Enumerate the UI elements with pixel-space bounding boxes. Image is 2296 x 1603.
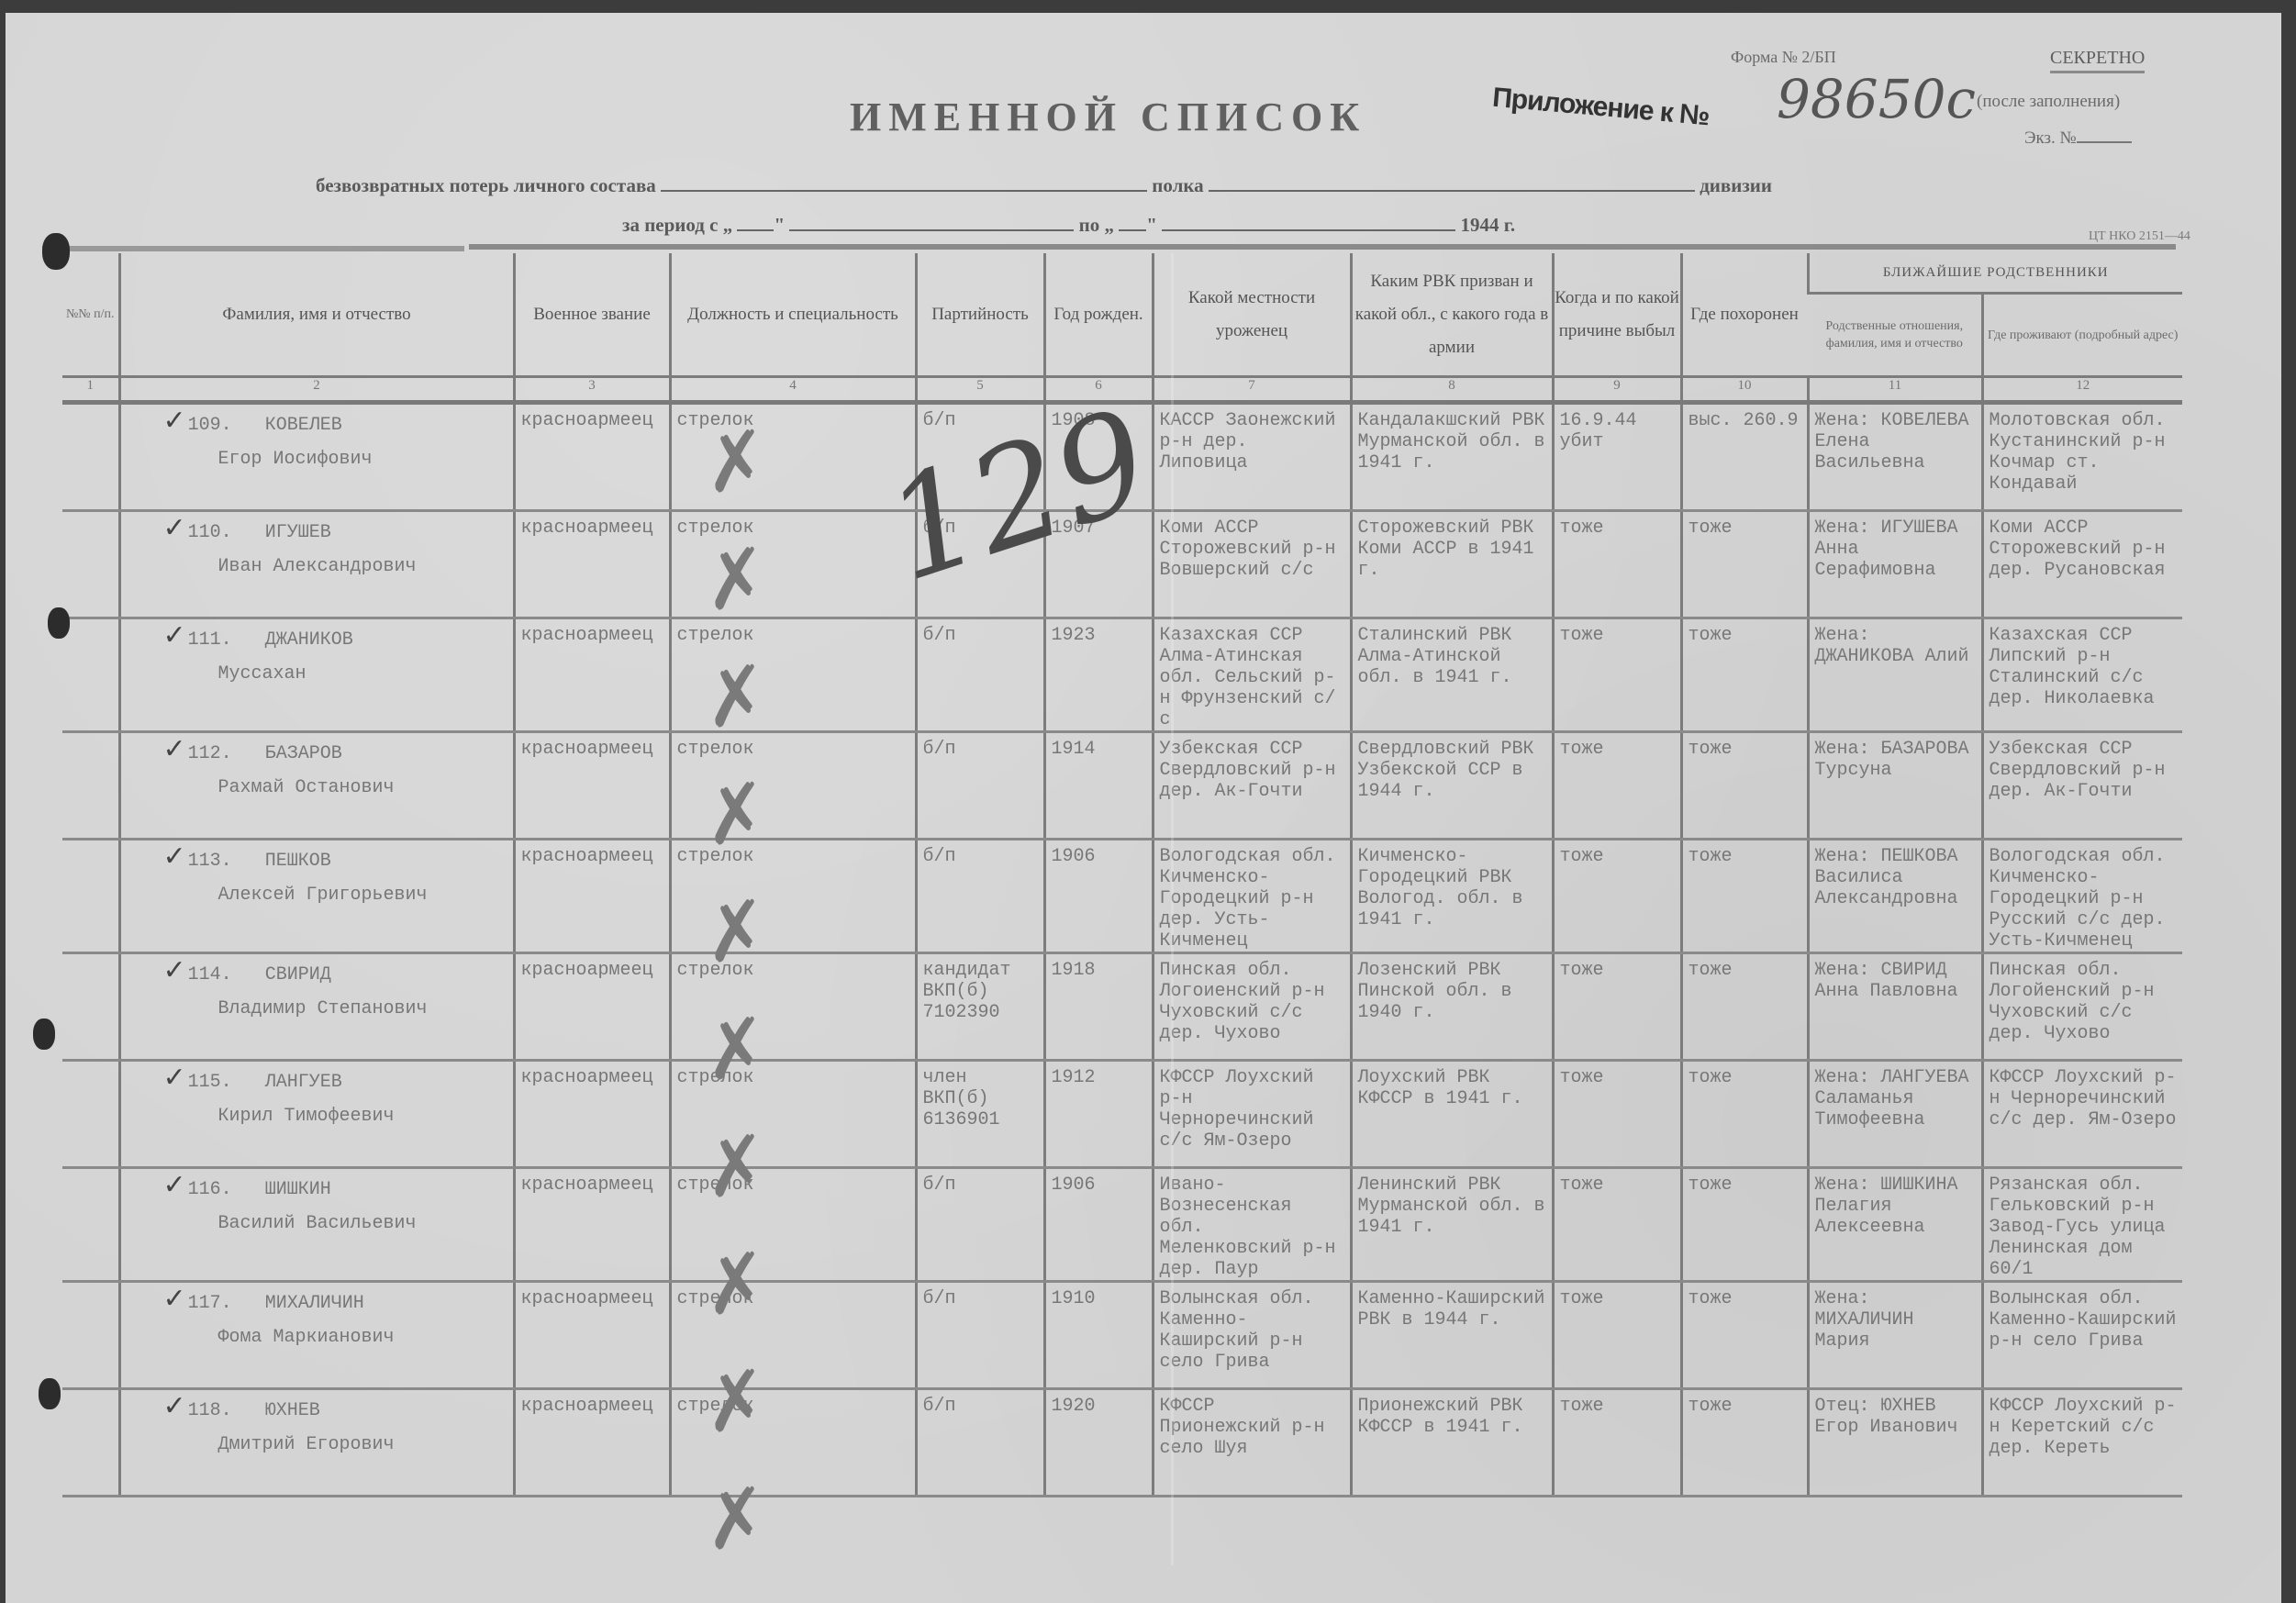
row-index: [62, 1282, 119, 1389]
col-num: 9: [1553, 377, 1681, 403]
given-names: Фома Маркианович: [127, 1327, 507, 1348]
document-page: Форма № 2/БП СЕКРЕТНО ИМЕННОЙ СПИСОК При…: [6, 13, 2281, 1603]
secrecy-label: СЕКРЕТНО: [2050, 48, 2145, 73]
after-fill-note: (после заполнения): [1977, 92, 2120, 112]
birth-year-cell: 1906: [1044, 840, 1153, 953]
row-number: 116.: [188, 1179, 232, 1200]
table-row: ✓ 111. ДЖАНИКОВМуссаханкрасноармеецстрел…: [62, 618, 2182, 732]
buried-cell: тоже: [1681, 1168, 1808, 1282]
punch-hole: [39, 1378, 61, 1409]
rank-cell: красноармеец: [514, 403, 670, 511]
table-body: ✓ 109. КОВЕЛЕВЕгор Иосифовичкрасноармеец…: [62, 403, 2182, 1497]
rvk-cell: Каменно-Каширский РВК в 1944 г.: [1351, 1282, 1553, 1389]
punch-hole: [48, 607, 70, 639]
col-num: 3: [514, 377, 670, 403]
buried-cell: тоже: [1681, 840, 1808, 953]
regiment-label: полка: [1152, 174, 1203, 196]
surname: МИХАЛИЧИН: [265, 1293, 364, 1314]
attachment-stamp: Приложение к №: [1491, 83, 1711, 133]
relative-cell: Жена: МИХАЛИЧИН Мария: [1808, 1282, 1982, 1389]
party-cell: член ВКП(б) 6136901: [916, 1061, 1044, 1168]
row-index: [62, 1061, 119, 1168]
rvk-cell: Лоухский РВК КФССР в 1941 г.: [1351, 1061, 1553, 1168]
copy-label: Экз. №: [2024, 128, 2077, 148]
address-cell: Пинская обл. Логойенский р-н Чуховский с…: [1982, 953, 2182, 1061]
col-header-11: Родственные отношения, фамилия, имя и от…: [1808, 294, 1982, 377]
birth-year-cell: 1923: [1044, 618, 1153, 732]
address-cell: КФССР Лоухский р-н Черноречинский с/с де…: [1982, 1061, 2182, 1168]
buried-cell: тоже: [1681, 953, 1808, 1061]
copy-number-field: Экз. №: [2024, 128, 2132, 149]
row-index: [62, 953, 119, 1061]
table-row: ✓ 116. ШИШКИНВасилий Васильевичкрасноарм…: [62, 1168, 2182, 1282]
period-line: за период с „ " по „ " 1944 г.: [622, 214, 1515, 237]
relative-cell: Жена: ЛАНГУЕВА Саламанья Тимофеевна: [1808, 1061, 1982, 1168]
given-names: Иван Александрович: [127, 556, 507, 577]
surname: ШИШКИН: [265, 1179, 331, 1200]
when-cell: тоже: [1553, 953, 1681, 1061]
rvk-cell: Кичменско-Городецкий РВК Вологод. обл. в…: [1351, 840, 1553, 953]
origin-cell: КФССР Прионежский р-н село Шуя: [1153, 1389, 1351, 1497]
given-names: Кирил Тимофеевич: [127, 1106, 507, 1127]
given-names: Василий Васильевич: [127, 1213, 507, 1234]
row-index: [62, 732, 119, 840]
checkmark-icon: ✓: [163, 1062, 186, 1094]
pencil-cross-icon: ✗: [697, 999, 775, 1099]
punch-hole: [33, 1019, 55, 1050]
name-cell: ✓ 116. ШИШКИНВасилий Васильевич: [119, 1168, 514, 1282]
origin-cell: Ивано-Вознесенская обл. Меленковский р-н…: [1153, 1168, 1351, 1282]
pencil-cross-icon: ✗: [697, 1117, 775, 1217]
rvk-cell: Сталинский РВК Алма-Атинской обл. в 1941…: [1351, 618, 1553, 732]
rvk-cell: Ленинский РВК Мурманской обл. в 1941 г.: [1351, 1168, 1553, 1282]
buried-cell: тоже: [1681, 1282, 1808, 1389]
name-cell: ✓ 115. ЛАНГУЕВКирил Тимофеевич: [119, 1061, 514, 1168]
origin-cell: Узбекская ССР Свердловский р-н дер. Ак-Г…: [1153, 732, 1351, 840]
name-cell: ✓ 113. ПЕШКОВАлексей Григорьевич: [119, 840, 514, 953]
row-number: 115.: [188, 1072, 232, 1093]
party-cell: б/п: [916, 1168, 1044, 1282]
given-names: Владимир Степанович: [127, 998, 507, 1019]
relative-cell: Жена: ИГУШЕВА Анна Серафимовна: [1808, 511, 1982, 618]
rank-cell: красноармеец: [514, 1389, 670, 1497]
col-header-6: Год рожден.: [1044, 253, 1153, 377]
given-names: Муссахан: [127, 663, 507, 685]
rank-cell: красноармеец: [514, 953, 670, 1061]
surname: БАЗАРОВ: [265, 743, 342, 764]
when-cell: тоже: [1553, 1389, 1681, 1497]
name-cell: ✓ 118. ЮХНЕВДмитрий Егорович: [119, 1389, 514, 1497]
pencil-cross-icon: ✗: [697, 647, 775, 747]
rvk-cell: Сторожевский РВК Коми АССР в 1941 г.: [1351, 511, 1553, 618]
party-cell: б/п: [916, 732, 1044, 840]
buried-cell: тоже: [1681, 618, 1808, 732]
surname: ДЖАНИКОВ: [265, 629, 353, 651]
col-num: 10: [1681, 377, 1808, 403]
print-code: ЦТ НКО 2151—44: [2089, 229, 2190, 244]
address-cell: КФССР Лоухский р-н Керетский с/с дер. Ке…: [1982, 1389, 2182, 1497]
rank-cell: красноармеец: [514, 1061, 670, 1168]
period-from-label: за период с „: [622, 214, 732, 236]
checkmark-icon: ✓: [163, 619, 186, 651]
row-number: 117.: [188, 1293, 232, 1314]
col-header-9: Когда и по какой причине выбыл: [1553, 253, 1681, 377]
checkmark-icon: ✓: [163, 1283, 186, 1315]
when-cell: тоже: [1553, 1061, 1681, 1168]
row-index: [62, 618, 119, 732]
address-cell: Рязанская обл. Гельковский р-н Завод-Гус…: [1982, 1168, 2182, 1282]
pencil-cross-icon: ✗: [697, 1469, 775, 1569]
division-label: дивизии: [1700, 174, 1772, 196]
rank-cell: красноармеец: [514, 618, 670, 732]
name-cell: ✓ 109. КОВЕЛЕВЕгор Иосифович: [119, 403, 514, 511]
birth-year-cell: 1920: [1044, 1389, 1153, 1497]
col-header-10: Где похоронен: [1681, 253, 1808, 377]
pencil-cross-icon: ✗: [697, 1234, 775, 1334]
when-cell: 16.9.44 убит: [1553, 403, 1681, 511]
buried-cell: выс. 260.9: [1681, 403, 1808, 511]
col-header-5: Партийность: [916, 253, 1044, 377]
relative-cell: Жена: БАЗАРОВА Турсуна: [1808, 732, 1982, 840]
row-number: 110.: [188, 522, 232, 543]
relatives-group-header: БЛИЖАЙШИЕ РОДСТВЕННИКИ: [1808, 253, 2182, 294]
relative-cell: Жена: СВИРИД Анна Павловна: [1808, 953, 1982, 1061]
rank-cell: красноармеец: [514, 1168, 670, 1282]
table-row: ✓ 117. МИХАЛИЧИНФома Маркиановичкрасноар…: [62, 1282, 2182, 1389]
relative-cell: Отец: ЮХНЕВ Егор Иванович: [1808, 1389, 1982, 1497]
row-number: 113.: [188, 851, 232, 872]
birth-year-cell: 1906: [1044, 1168, 1153, 1282]
rank-cell: красноармеец: [514, 840, 670, 953]
row-number: 118.: [188, 1400, 232, 1421]
when-cell: тоже: [1553, 840, 1681, 953]
period-year: 1944 г.: [1460, 214, 1515, 236]
col-header-3: Военное звание: [514, 253, 670, 377]
row-number: 114.: [188, 964, 232, 985]
col-num: 8: [1351, 377, 1553, 403]
period-to-label: по „: [1079, 214, 1114, 236]
address-cell: Волынская обл. Каменно-Каширский р-н сел…: [1982, 1282, 2182, 1389]
form-number: Форма № 2/БП: [1731, 48, 1836, 67]
name-cell: ✓ 111. ДЖАНИКОВМуссахан: [119, 618, 514, 732]
address-cell: Коми АССР Сторожевский р-н дер. Русановс…: [1982, 511, 2182, 618]
col-num: 1: [62, 377, 119, 403]
table-row: ✓ 112. БАЗАРОВРахмай Остановичкрасноарме…: [62, 732, 2182, 840]
col-num: 5: [916, 377, 1044, 403]
when-cell: тоже: [1553, 618, 1681, 732]
col-num: 4: [670, 377, 916, 403]
checkmark-icon: ✓: [163, 840, 186, 873]
party-cell: кандидат ВКП(б) 7102390: [916, 953, 1044, 1061]
birth-year-cell: 1918: [1044, 953, 1153, 1061]
origin-cell: Коми АССР Сторожевский р-н Вовшерский с/…: [1153, 511, 1351, 618]
name-cell: ✓ 112. БАЗАРОВРахмай Останович: [119, 732, 514, 840]
name-cell: ✓ 110. ИГУШЕВИван Александрович: [119, 511, 514, 618]
address-cell: Молотовская обл. Кустанинский р-н Кочмар…: [1982, 403, 2182, 511]
when-cell: тоже: [1553, 1168, 1681, 1282]
when-cell: тоже: [1553, 1282, 1681, 1389]
top-rule: [469, 244, 2176, 250]
col-header-2: Фамилия, имя и отчество: [119, 253, 514, 377]
table-row: ✓ 114. СВИРИДВладимир Степановичкрасноар…: [62, 953, 2182, 1061]
pencil-cross-icon: ✗: [697, 882, 775, 982]
col-header-7: Какой местности уроженец: [1153, 253, 1351, 377]
col-num: 12: [1982, 377, 2182, 403]
checkmark-icon: ✓: [163, 954, 186, 986]
when-cell: тоже: [1553, 732, 1681, 840]
losses-label: безвозвратных потерь личного состава: [316, 174, 656, 196]
relative-cell: Жена: ШИШКИНА Пелагия Алексеевна: [1808, 1168, 1982, 1282]
pencil-cross-icon: ✗: [697, 764, 775, 864]
surname: ЮХНЕВ: [265, 1400, 320, 1421]
pencil-cross-icon: ✗: [697, 412, 775, 512]
given-names: Дмитрий Егорович: [127, 1434, 507, 1455]
buried-cell: тоже: [1681, 1061, 1808, 1168]
party-cell: б/п: [916, 1389, 1044, 1497]
table-row: ✓ 118. ЮХНЕВДмитрий Егоровичкрасноармеец…: [62, 1389, 2182, 1497]
rvk-cell: Кандалакшский РВК Мурманской обл. в 1941…: [1351, 403, 1553, 511]
losses-line: безвозвратных потерь личного состава пол…: [316, 174, 1772, 197]
row-index: [62, 403, 119, 511]
handwritten-number: 98650с: [1777, 68, 1976, 130]
address-cell: Вологодская обл. Кичменско-Городецкий р-…: [1982, 840, 2182, 953]
paper-fold: [1171, 253, 1174, 1565]
surname: СВИРИД: [265, 964, 331, 985]
row-number: 111.: [188, 629, 232, 651]
party-cell: б/п: [916, 1282, 1044, 1389]
row-index: [62, 1168, 119, 1282]
table-row: ✓ 115. ЛАНГУЕВКирил Тимофеевичкрасноарме…: [62, 1061, 2182, 1168]
punch-hole: [42, 233, 70, 270]
row-number: 109.: [188, 415, 232, 436]
origin-cell: Волынская обл. Каменно-Каширский р-н сел…: [1153, 1282, 1351, 1389]
pencil-cross-icon: ✗: [697, 529, 775, 629]
checkmark-icon: ✓: [163, 1390, 186, 1422]
given-names: Алексей Григорьевич: [127, 885, 507, 906]
party-cell: б/п: [916, 618, 1044, 732]
rvk-cell: Прионежский РВК КФССР в 1941 г.: [1351, 1389, 1553, 1497]
col-header-12: Где проживают (подробный адрес): [1982, 294, 2182, 377]
checkmark-icon: ✓: [163, 512, 186, 544]
rank-cell: красноармеец: [514, 511, 670, 618]
row-number: 112.: [188, 743, 232, 764]
address-cell: Узбекская ССР Свердловский р-н дер. Ак-Г…: [1982, 732, 2182, 840]
given-names: Егор Иосифович: [127, 449, 507, 470]
relative-cell: Жена: ПЕШКОВА Василиса Александровна: [1808, 840, 1982, 953]
name-cell: ✓ 117. МИХАЛИЧИНФома Маркианович: [119, 1282, 514, 1389]
rvk-cell: Лозенский РВК Пинской обл. в 1940 г.: [1351, 953, 1553, 1061]
col-header-4: Должность и специальность: [670, 253, 916, 377]
col-header-8: Каким РВК призван и какой обл., с какого…: [1351, 253, 1553, 377]
origin-cell: КФССР Лоухский р-н Черноречинский с/с Ям…: [1153, 1061, 1351, 1168]
birth-year-cell: 1910: [1044, 1282, 1153, 1389]
row-index: [62, 511, 119, 618]
rvk-cell: Свердловский РВК Узбекской ССР в 1944 г.: [1351, 732, 1553, 840]
col-num: 2: [119, 377, 514, 403]
origin-cell: Вологодская обл. Кичменско-Городецкий р-…: [1153, 840, 1351, 953]
origin-cell: Пинская обл. Логоиенский р-н Чуховский с…: [1153, 953, 1351, 1061]
buried-cell: тоже: [1681, 1389, 1808, 1497]
pencil-cross-icon: ✗: [697, 1352, 775, 1452]
surname: ИГУШЕВ: [265, 522, 331, 543]
page-title: ИМЕННОЙ СПИСОК: [850, 94, 1366, 140]
buried-cell: тоже: [1681, 511, 1808, 618]
row-index: [62, 1389, 119, 1497]
when-cell: тоже: [1553, 511, 1681, 618]
birth-year-cell: 1914: [1044, 732, 1153, 840]
row-index: [62, 840, 119, 953]
party-cell: б/п: [916, 840, 1044, 953]
rank-cell: красноармеец: [514, 1282, 670, 1389]
table-row: ✓ 113. ПЕШКОВАлексей Григорьевичкрасноар…: [62, 840, 2182, 953]
birth-year-cell: 1912: [1044, 1061, 1153, 1168]
col-header-1: №№ п/п.: [62, 253, 119, 377]
surname: КОВЕЛЕВ: [265, 415, 342, 436]
origin-cell: Казахская ССР Алма-Атинская обл. Сельски…: [1153, 618, 1351, 732]
surname: ПЕШКОВ: [265, 851, 331, 872]
checkmark-icon: ✓: [163, 405, 186, 437]
rank-cell: красноармеец: [514, 732, 670, 840]
checkmark-icon: ✓: [163, 733, 186, 765]
relative-cell: Жена: КОВЕЛЕВА Елена Васильевна: [1808, 403, 1982, 511]
checkmark-icon: ✓: [163, 1169, 186, 1201]
origin-cell: КАССР Заонежский р-н дер. Липовица: [1153, 403, 1351, 511]
top-rule-left: [42, 246, 464, 251]
name-cell: ✓ 114. СВИРИДВладимир Степанович: [119, 953, 514, 1061]
relative-cell: Жена: ДЖАНИКОВА Алий: [1808, 618, 1982, 732]
address-cell: Казахская ССР Липский р-н Сталинский с/с…: [1982, 618, 2182, 732]
surname: ЛАНГУЕВ: [265, 1072, 342, 1093]
col-num: 11: [1808, 377, 1982, 403]
buried-cell: тоже: [1681, 732, 1808, 840]
col-num: 7: [1153, 377, 1351, 403]
given-names: Рахмай Останович: [127, 777, 507, 798]
